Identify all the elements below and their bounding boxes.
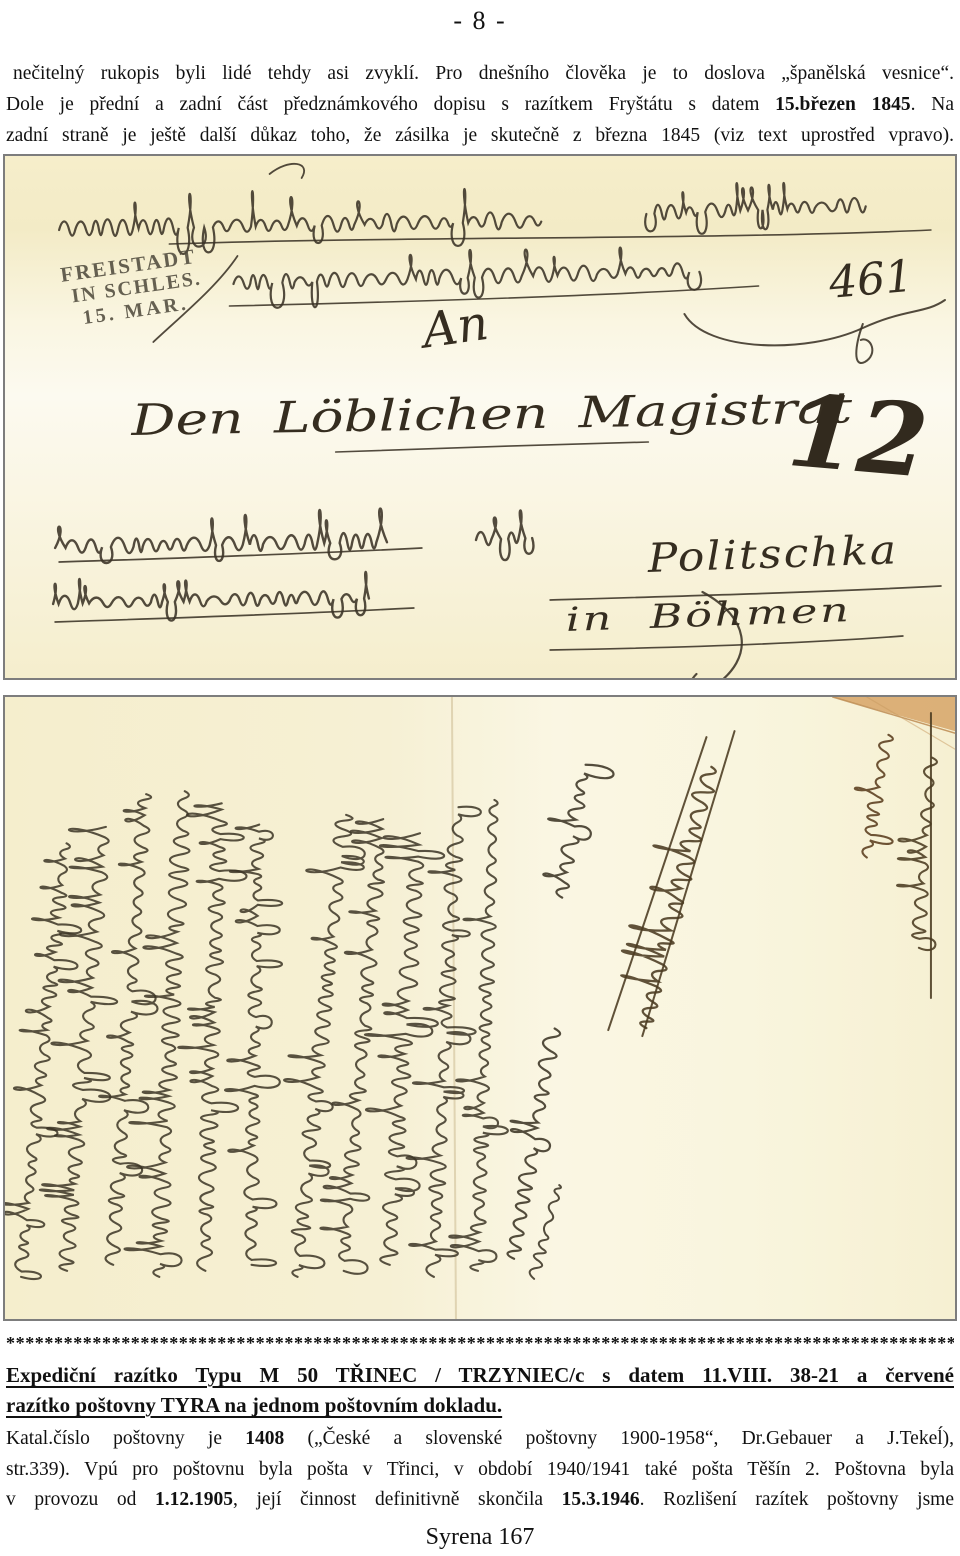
handwriting-stroke — [475, 510, 534, 561]
text-line: razítko poštovny TYRA na jednom poštovní… — [6, 1390, 954, 1420]
handwriting-stroke — [336, 442, 649, 452]
article-heading: Expediční razítko Typu M 50 TŘINEC / TRZ… — [6, 1360, 954, 1420]
handwriting-stroke — [452, 697, 456, 1319]
handwriting-stroke — [528, 1183, 563, 1280]
postage-due-marking: 12 — [784, 380, 931, 492]
handwriting-stroke — [642, 731, 734, 1036]
handwriting-stroke — [229, 286, 758, 306]
document-page: - 8 - nečitelný rukopis byli lidé tehdy … — [0, 6, 960, 1556]
handwriting-squiggles-back-icon — [5, 697, 955, 1319]
text-line: Expediční razítko Typu M 50 TŘINEC / TRZ… — [6, 1360, 954, 1390]
separator-asterisks: ****************************************… — [6, 1333, 954, 1354]
text-line: str.339). Vpú pro poštovnu byla pošta v … — [6, 1455, 954, 1486]
footer-text: Syrena 167 — [0, 1524, 960, 1551]
text-line: nečitelný rukopis byli lidé tehdy asi zv… — [6, 58, 954, 89]
handwriting-stroke — [535, 759, 614, 903]
cover-back-photo — [3, 695, 957, 1321]
handwriting-stroke — [58, 186, 541, 256]
handwriting-stroke — [222, 824, 284, 1266]
destination-town-handwriting: Politschka — [647, 527, 899, 582]
handwriting-stroke — [312, 816, 406, 1274]
cover-front-photo: FREISTADT IN SCHLES. 15. MAR. 461 An Den… — [3, 154, 957, 680]
handwriting-stroke — [270, 164, 305, 178]
handwriting-stroke — [400, 804, 487, 1278]
handwriting-stroke — [644, 179, 867, 236]
handwriting-stroke — [121, 789, 206, 1278]
text-line: v provozu od 1.12.1905, její činnost def… — [6, 1485, 954, 1516]
text-line: zadní straně je ještě další důkaz toho, … — [6, 120, 954, 151]
salutation-handwriting: An — [419, 295, 492, 360]
handwriting-stroke — [684, 300, 945, 345]
handwriting-stroke — [891, 756, 948, 951]
handwriting-stroke — [169, 230, 931, 244]
text-line: Dole je přední a zadní část předznámkové… — [6, 89, 954, 120]
intro-paragraph: nečitelný rukopis byli lidé tehdy asi zv… — [6, 58, 954, 151]
page-number: - 8 - — [0, 6, 960, 36]
manuscript-number: 461 — [827, 251, 915, 309]
handwriting-stroke — [550, 636, 903, 650]
handwriting-stroke — [487, 1024, 570, 1262]
article-paragraph: Katal.číslo poštovny je 1408 („České a s… — [6, 1424, 954, 1516]
handwriting-stroke — [88, 792, 173, 1266]
text-line: Katal.číslo poštovny je 1408 („České a s… — [6, 1424, 954, 1455]
handwriting-stroke — [53, 572, 370, 623]
